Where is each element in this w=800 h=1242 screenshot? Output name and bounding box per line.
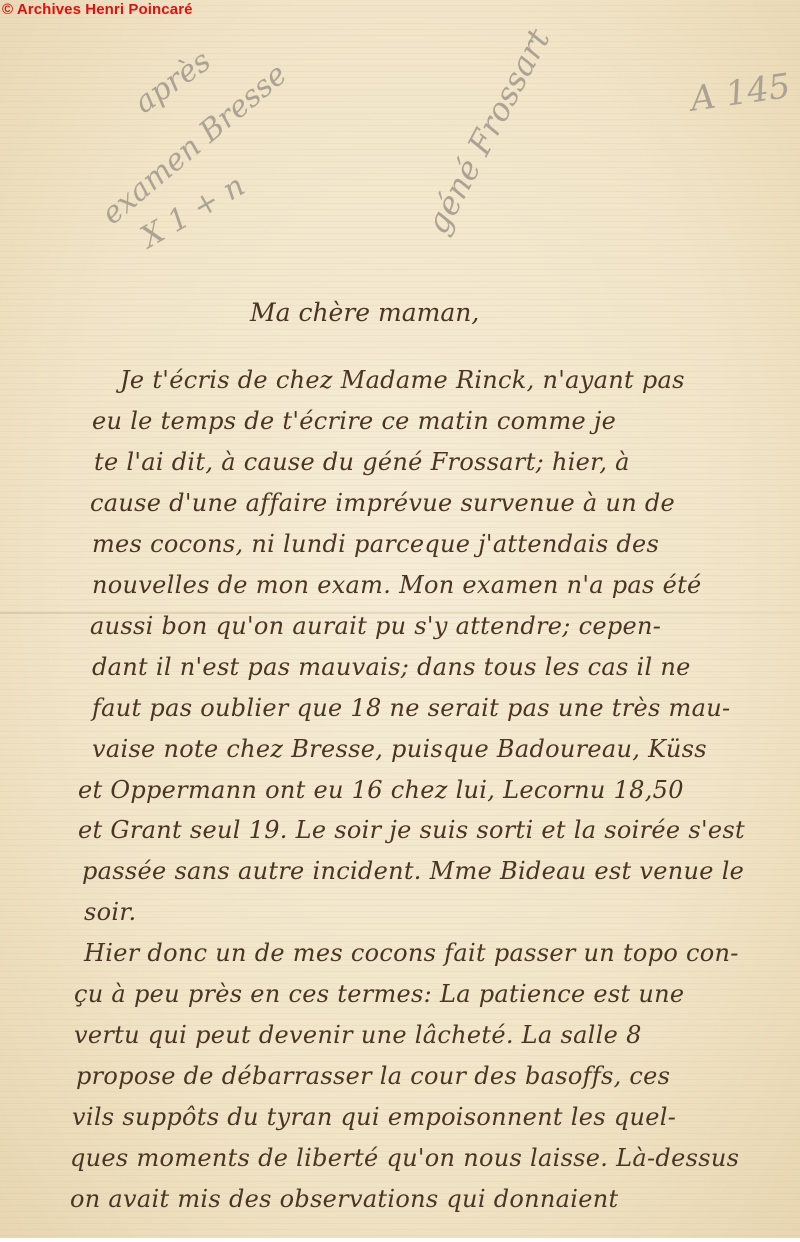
letter-line: on avait mis des observations qui donnai… xyxy=(70,1185,618,1213)
scan-edge xyxy=(0,1238,800,1242)
letter-line: ques moments de liberté qu'on nous laiss… xyxy=(70,1144,739,1172)
letter-line: nouvelles de mon exam. Mon examen n'a pa… xyxy=(92,571,702,599)
letter-line: soir. xyxy=(84,898,136,926)
letter-line: passée sans autre incident. Mme Bideau e… xyxy=(82,857,744,885)
letter-line: dant il n'est pas mauvais; dans tous les… xyxy=(92,653,691,681)
letter-line: Hier donc un de mes cocons fait passer u… xyxy=(84,939,739,967)
letter-line: eu le temps de t'écrire ce matin comme j… xyxy=(92,407,616,435)
letter-line: vertu qui peut devenir une lâcheté. La s… xyxy=(74,1021,642,1049)
letter-line: et Grant seul 19. Le soir je suis sorti … xyxy=(78,816,745,844)
letter-line: cause d'une affaire imprévue survenue à … xyxy=(90,489,675,517)
letter-line: aussi bon qu'on aurait pu s'y attendre; … xyxy=(90,612,661,640)
letter-page: © Archives Henri Poincaré après examen B… xyxy=(0,0,800,1242)
letter-line: vils suppôts du tyran qui empoisonnent l… xyxy=(72,1103,676,1131)
letter-line: mes cocons, ni lundi parceque j'attendai… xyxy=(92,530,659,558)
letter-line: Je t'écris de chez Madame Rinck, n'ayant… xyxy=(120,366,685,394)
letter-line: et Oppermann ont eu 16 chez lui, Lecornu… xyxy=(78,776,684,804)
letter-line: vaise note chez Bresse, puisque Badourea… xyxy=(92,735,707,763)
letter-line: faut pas oublier que 18 ne serait pas un… xyxy=(92,694,730,722)
letter-line: propose de débarrasser la cour des basof… xyxy=(76,1062,670,1090)
letter-body: Je t'écris de chez Madame Rinck, n'ayant… xyxy=(0,0,800,1242)
letter-line: çu à peu près en ces termes: La patience… xyxy=(74,980,684,1008)
letter-line: te l'ai dit, à cause du géné Frossart; h… xyxy=(94,448,630,476)
